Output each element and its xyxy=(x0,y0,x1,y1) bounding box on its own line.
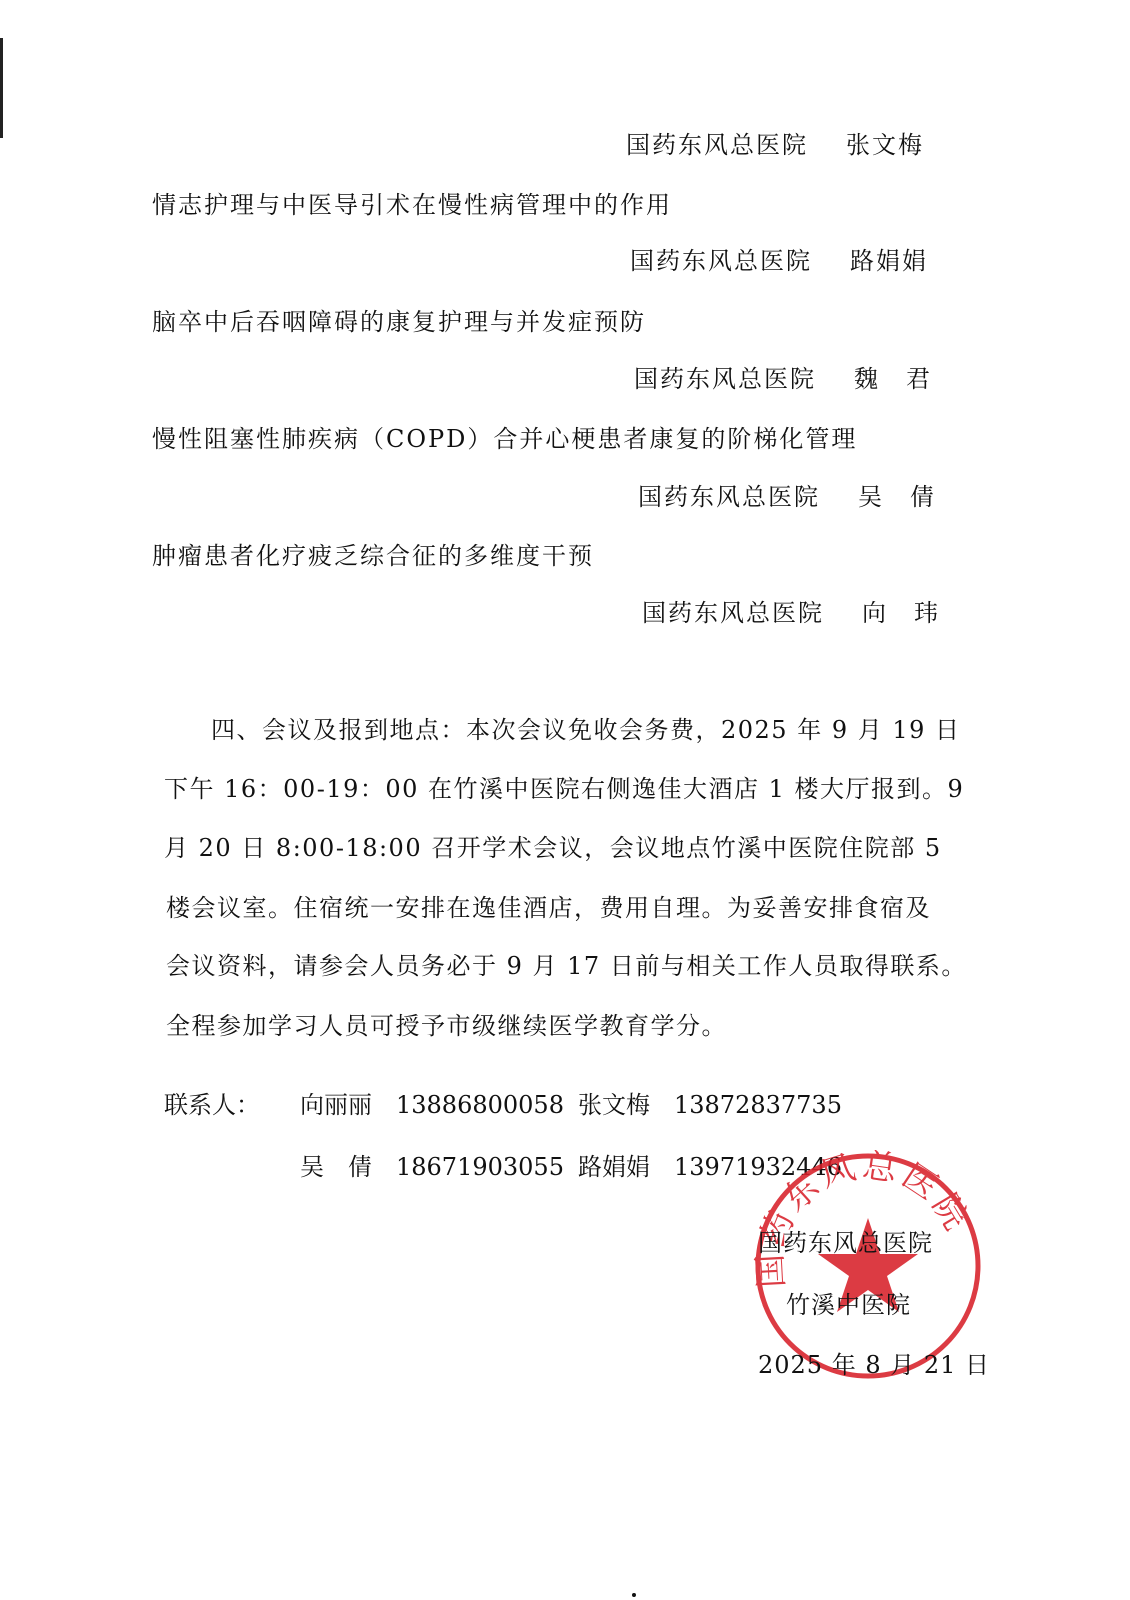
speaker-line-2: 国药东风总医院路娟娟 xyxy=(630,246,928,276)
speaker-name: 路娟娟 xyxy=(850,247,928,275)
hospital-name: 国药东风总医院 xyxy=(630,247,812,275)
speaker-line-5: 国药东风总医院向 玮 xyxy=(642,598,940,628)
paragraph-line: 月 20 日 8:00-18:00 召开学术会议，会议地点竹溪中医院住院部 5 xyxy=(164,833,942,863)
speaker-line-1: 国药东风总医院张文梅 xyxy=(626,130,924,160)
contact-name: 向丽丽 xyxy=(300,1090,372,1120)
speaker-name: 吴 倩 xyxy=(858,483,936,511)
official-seal-stamp: 国药东风总医院 xyxy=(752,1150,984,1382)
speaker-name: 张文梅 xyxy=(846,131,924,159)
signature-date: 2025 年 8 月 21 日 xyxy=(758,1350,990,1380)
page-dot-mark xyxy=(632,1593,636,1597)
signature-org-1: 国药东风总医院 xyxy=(758,1228,933,1258)
speaker-name: 向 玮 xyxy=(862,599,940,627)
contact-name: 路娟娟 xyxy=(578,1152,650,1182)
paragraph-line: 楼会议室。住宿统一安排在逸佳酒店，费用自理。为妥善安排食宿及 xyxy=(166,893,931,923)
speaker-name: 魏 君 xyxy=(854,365,932,393)
hospital-name: 国药东风总医院 xyxy=(634,365,816,393)
contact-phone: 13886800058 xyxy=(396,1090,564,1120)
talk-title-4: 慢性阻塞性肺疾病（COPD）合并心梗患者康复的阶梯化管理 xyxy=(152,424,857,454)
contact-phone: 18671903055 xyxy=(396,1152,564,1182)
hospital-name: 国药东风总医院 xyxy=(626,131,808,159)
talk-title-5: 肿瘤患者化疗疲乏综合征的多维度干预 xyxy=(152,541,594,571)
contact-name: 吴 倩 xyxy=(300,1152,372,1182)
hospital-name: 国药东风总医院 xyxy=(642,599,824,627)
paragraph-line: 全程参加学习人员可授予市级继续医学教育学分。 xyxy=(166,1011,727,1041)
speaker-line-4: 国药东风总医院吴 倩 xyxy=(638,482,936,512)
contact-phone: 13872837735 xyxy=(674,1090,842,1120)
contacts-label: 联系人： xyxy=(164,1090,260,1120)
hospital-name: 国药东风总医院 xyxy=(638,483,820,511)
paragraph-line: 会议资料，请参会人员务必于 9 月 17 日前与相关工作人员取得联系。 xyxy=(166,951,967,981)
signature-org-2: 竹溪中医院 xyxy=(786,1290,911,1320)
talk-title-3: 脑卒中后吞咽障碍的康复护理与并发症预防 xyxy=(152,307,646,337)
talk-title-2: 情志护理与中医导引术在慢性病管理中的作用 xyxy=(152,190,672,220)
contact-name: 张文梅 xyxy=(578,1090,650,1120)
paragraph-line: 下午 16：00-19：00 在竹溪中医院右侧逸佳大酒店 1 楼大厅报到。9 xyxy=(164,774,964,804)
speaker-line-3: 国药东风总医院魏 君 xyxy=(634,364,932,394)
contacts-row-1: 联系人： 向丽丽 13886800058 张文梅 13872837735 xyxy=(164,1090,964,1120)
paragraph-line: 四、会议及报到地点：本次会议免收会务费，2025 年 9 月 19 日 xyxy=(160,715,961,745)
scan-edge-mark xyxy=(0,38,3,138)
